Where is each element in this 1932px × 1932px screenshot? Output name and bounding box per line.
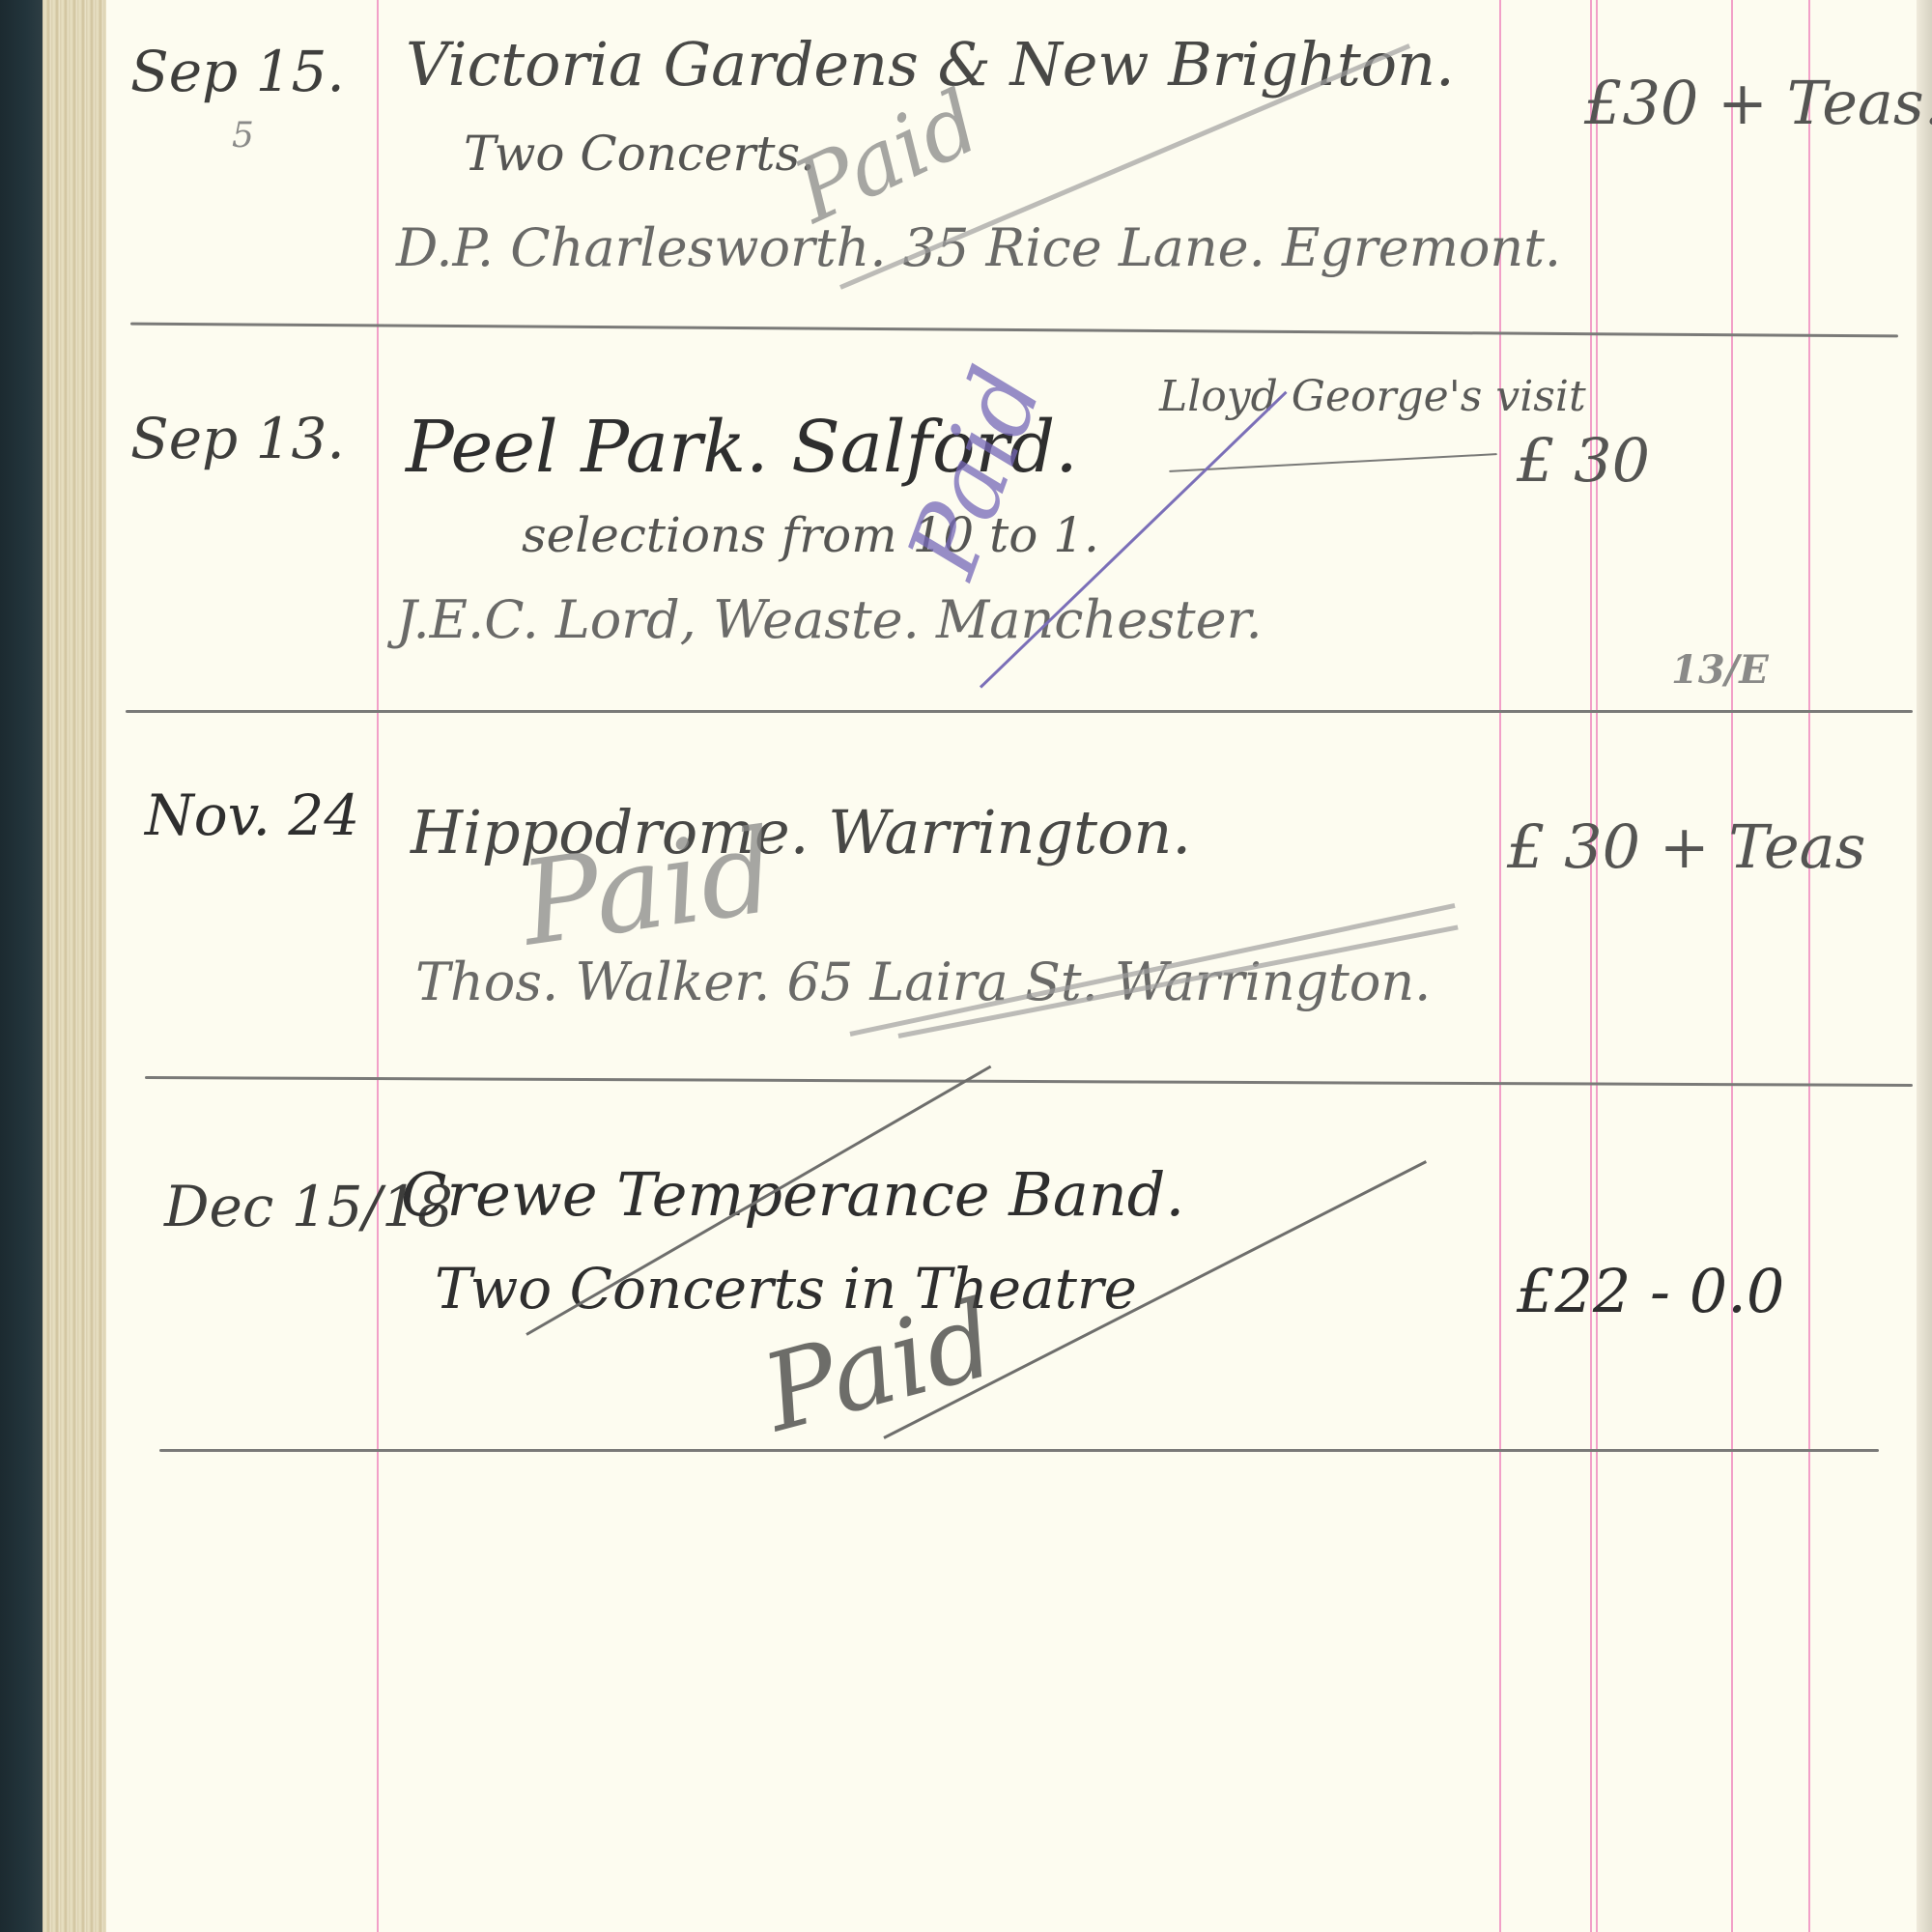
entry-details: Two Concerts. xyxy=(464,126,815,182)
column-rule-pence xyxy=(1808,0,1810,1932)
entry-amount: £ 30 + Teas xyxy=(1507,811,1865,882)
entry-divider xyxy=(126,710,1913,713)
column-rule-date xyxy=(377,0,379,1932)
column-rule-pounds-a xyxy=(1590,0,1592,1932)
margin-mark: 5 xyxy=(232,116,254,156)
entry-note: Lloyd George's visit xyxy=(1159,372,1586,421)
entry-amount: £30 + Teas. xyxy=(1584,68,1932,138)
entry-amount: £22 - 0.0 xyxy=(1517,1256,1784,1326)
entry-date: Nov. 24 xyxy=(145,782,359,848)
entry-date: Sep 13. xyxy=(130,406,345,471)
page-edges xyxy=(43,0,106,1932)
entry-contact: J.E.C. Lord, Weaste. Manchester. xyxy=(396,589,1263,650)
entry-amount: £ 30 xyxy=(1517,425,1650,496)
entry-divider xyxy=(159,1449,1879,1452)
book-binding xyxy=(0,0,43,1932)
column-rule-amount-left xyxy=(1499,0,1501,1932)
entry-details: Two Concerts in Theatre xyxy=(435,1256,1137,1321)
entry-venue: Crewe Temperance Band. xyxy=(401,1159,1184,1230)
column-rule-pounds-b xyxy=(1596,0,1598,1932)
page-right-edge xyxy=(1917,0,1932,1932)
entry-date: Sep 15. xyxy=(130,39,345,104)
corner-mark: 13/E xyxy=(1671,647,1769,693)
column-rule-shillings xyxy=(1731,0,1733,1932)
